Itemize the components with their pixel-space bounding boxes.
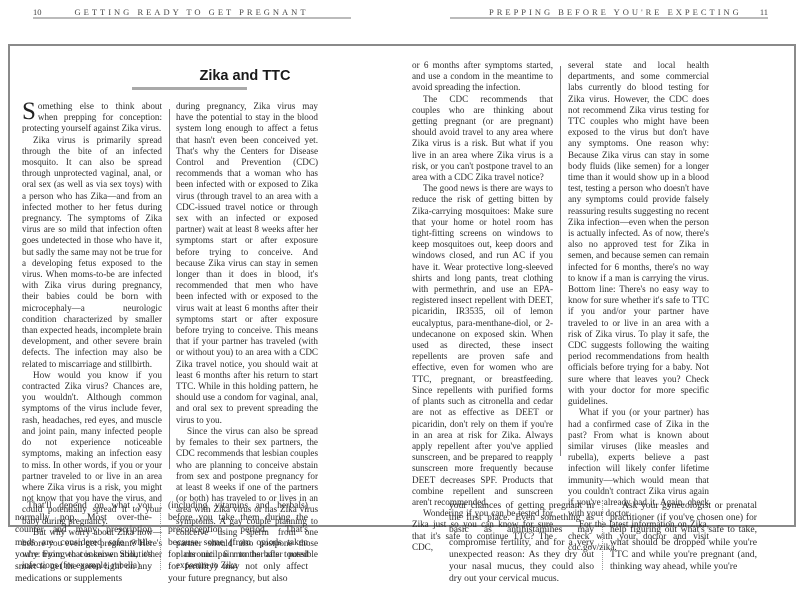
paragraph: Zika virus is primarily spread through t…	[22, 135, 162, 370]
right-running-title: PREPPING BEFORE YOU'RE EXPECTING	[489, 7, 742, 17]
sidebar-title-rule	[132, 87, 247, 90]
paragraph: The CDC recommends that couples who are …	[412, 94, 553, 184]
paragraph: during pregnancy, Zika virus may have th…	[176, 101, 318, 426]
left-page-number: 10	[33, 7, 42, 17]
column-divider	[560, 66, 561, 456]
left-running-title: GETTING READY TO GET PREGNANT	[75, 7, 309, 17]
paragraph: (including vitamins and herbals) before …	[168, 500, 308, 585]
sidebar-column-3: or 6 months after symptoms started, and …	[412, 60, 553, 553]
paragraph: several state and local health departmen…	[568, 60, 709, 407]
body-column-right-1: your chances of getting pregnant in the …	[449, 500, 594, 585]
paragraph: Something else to think about when prepp…	[22, 101, 162, 135]
body-column-left-1: That'll depend on what you normally pop.…	[15, 500, 152, 585]
paragraph: or 6 months after symptoms started, and …	[412, 60, 553, 94]
body-column-right-2: Ask your gynecologist or prenatal practi…	[610, 500, 757, 573]
paragraph: Ask your gynecologist or prenatal practi…	[610, 500, 757, 573]
zika-sidebar-box: Zika and TTC Something else to think abo…	[8, 44, 796, 527]
paragraph: The good news is there are ways to reduc…	[412, 183, 553, 508]
right-header-rule	[450, 17, 768, 19]
drop-cap: S	[22, 102, 36, 122]
dotted-divider	[602, 500, 603, 570]
sidebar-column-4: several state and local health departmen…	[568, 60, 709, 553]
paragraph: That'll depend on what you normally pop.…	[15, 500, 152, 585]
paragraph: your chances of getting pregnant in the …	[449, 500, 594, 585]
sidebar-title: Zika and TTC	[130, 68, 360, 84]
right-page-number: 11	[760, 7, 768, 17]
body-column-left-2: (including vitamins and herbals) before …	[168, 500, 308, 585]
dotted-divider	[160, 500, 161, 570]
column-divider	[169, 109, 170, 469]
left-header-rule	[33, 17, 351, 19]
